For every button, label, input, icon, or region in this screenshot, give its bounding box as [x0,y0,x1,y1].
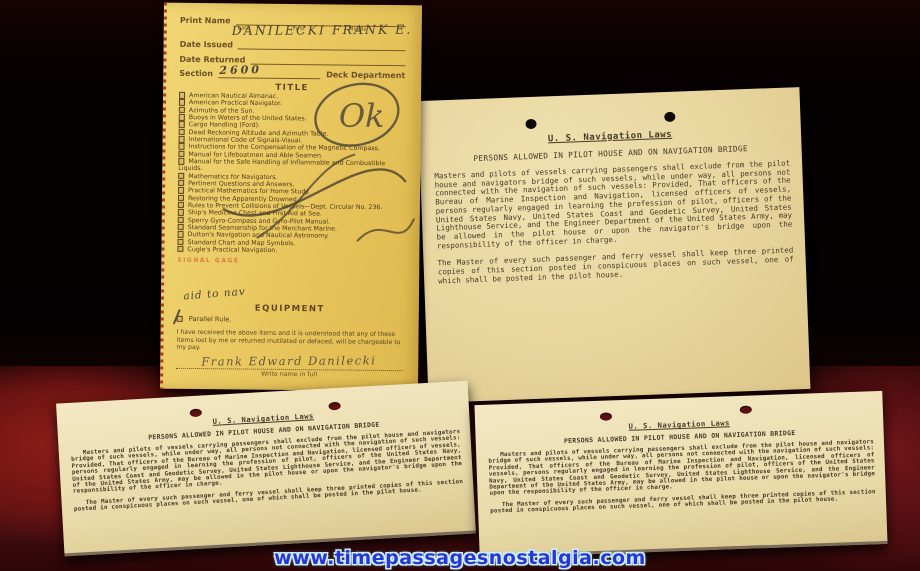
checkbox-icon [179,121,185,128]
paragraph: The Master of every such passenger and f… [437,247,794,286]
equipment-heading: EQUIPMENT [177,303,403,315]
handwritten-note: aid to nav [183,274,403,303]
punch-hole-icon [525,119,536,129]
book-title-list: American Nautical Almanac. American Prac… [177,92,405,256]
print-name-label: Print Name [180,16,231,26]
watermark-url: www.timepassagesnostalgia.com [274,547,646,569]
section-value: 2600 [219,63,262,77]
punch-hole-icon [664,112,675,122]
list-item: Cugle's Practical Navigation. [177,246,403,256]
checkbox-icon [178,194,184,201]
section-label: Section [179,69,213,78]
print-name-value: DANILECKI FRANK E. [232,22,413,38]
department-label: Deck Department [326,70,405,80]
checkbox-icon [179,99,185,106]
signature-value: Frank Edward Danilecki [202,353,377,368]
checkbox-icon [178,216,184,223]
book-issue-form: Print Name DANILECKI FRANK E. Last First… [160,3,422,392]
document-body: Masters and pilots of vessels carrying p… [488,439,876,520]
checkbox-icon [178,202,184,209]
checkbox-icon [177,238,183,245]
signature-caption: Write name in full [176,370,402,379]
paragraph: Masters and pilots of vessels carrying p… [434,159,793,250]
checkbox-icon [178,224,184,231]
navigation-laws-document-bottom-right: U. S. Navigation Laws PERSONS ALLOWED IN… [474,391,887,558]
date-returned-line [250,55,405,67]
punch-hole-icon [190,409,202,418]
checkbox-icon [178,172,184,179]
checkbox-icon [178,231,184,238]
checkbox-icon [177,246,183,253]
paragraph: Masters and pilots of vessels carrying p… [488,439,875,497]
checkbox-icon [178,187,184,194]
document-body: Masters and pilots of vessels carrying p… [434,159,794,294]
checkbox-icon [178,180,184,187]
checkbox-icon [179,107,185,114]
checkbox-icon [179,114,185,121]
checkbox-icon [178,151,184,158]
date-issued-line [238,39,406,51]
checkbox-icon [179,92,185,99]
date-issued-label: Date Issued [180,40,234,50]
deckle-edge [160,3,167,389]
checkbox-icon [178,209,184,216]
checkbox-icon [179,136,185,143]
checkbox-icon [178,158,184,165]
punch-hole-icon [600,412,612,420]
date-returned-row: Date Returned [179,54,405,66]
date-issued-row: Date Issued [180,39,406,51]
equipment-item: Parallel Rule. [177,315,403,325]
faded-ink-stamp: SIGNAL GAGE [177,257,403,266]
navigation-laws-document-top: U. S. Navigation Laws PERSONS ALLOWED IN… [418,87,811,403]
photo-background: Print Name DANILECKI FRANK E. Last First… [0,0,920,571]
navigation-laws-document-bottom-left: U. S. Navigation Laws PERSONS ALLOWED IN… [56,381,476,557]
checkbox-icon [179,129,185,136]
section-row: Section 2600 Deck Department [179,68,405,80]
checkbox-icon [178,143,184,150]
punch-hole-icon [740,405,752,413]
signature-line: Frank Edward Danilecki [176,349,402,371]
